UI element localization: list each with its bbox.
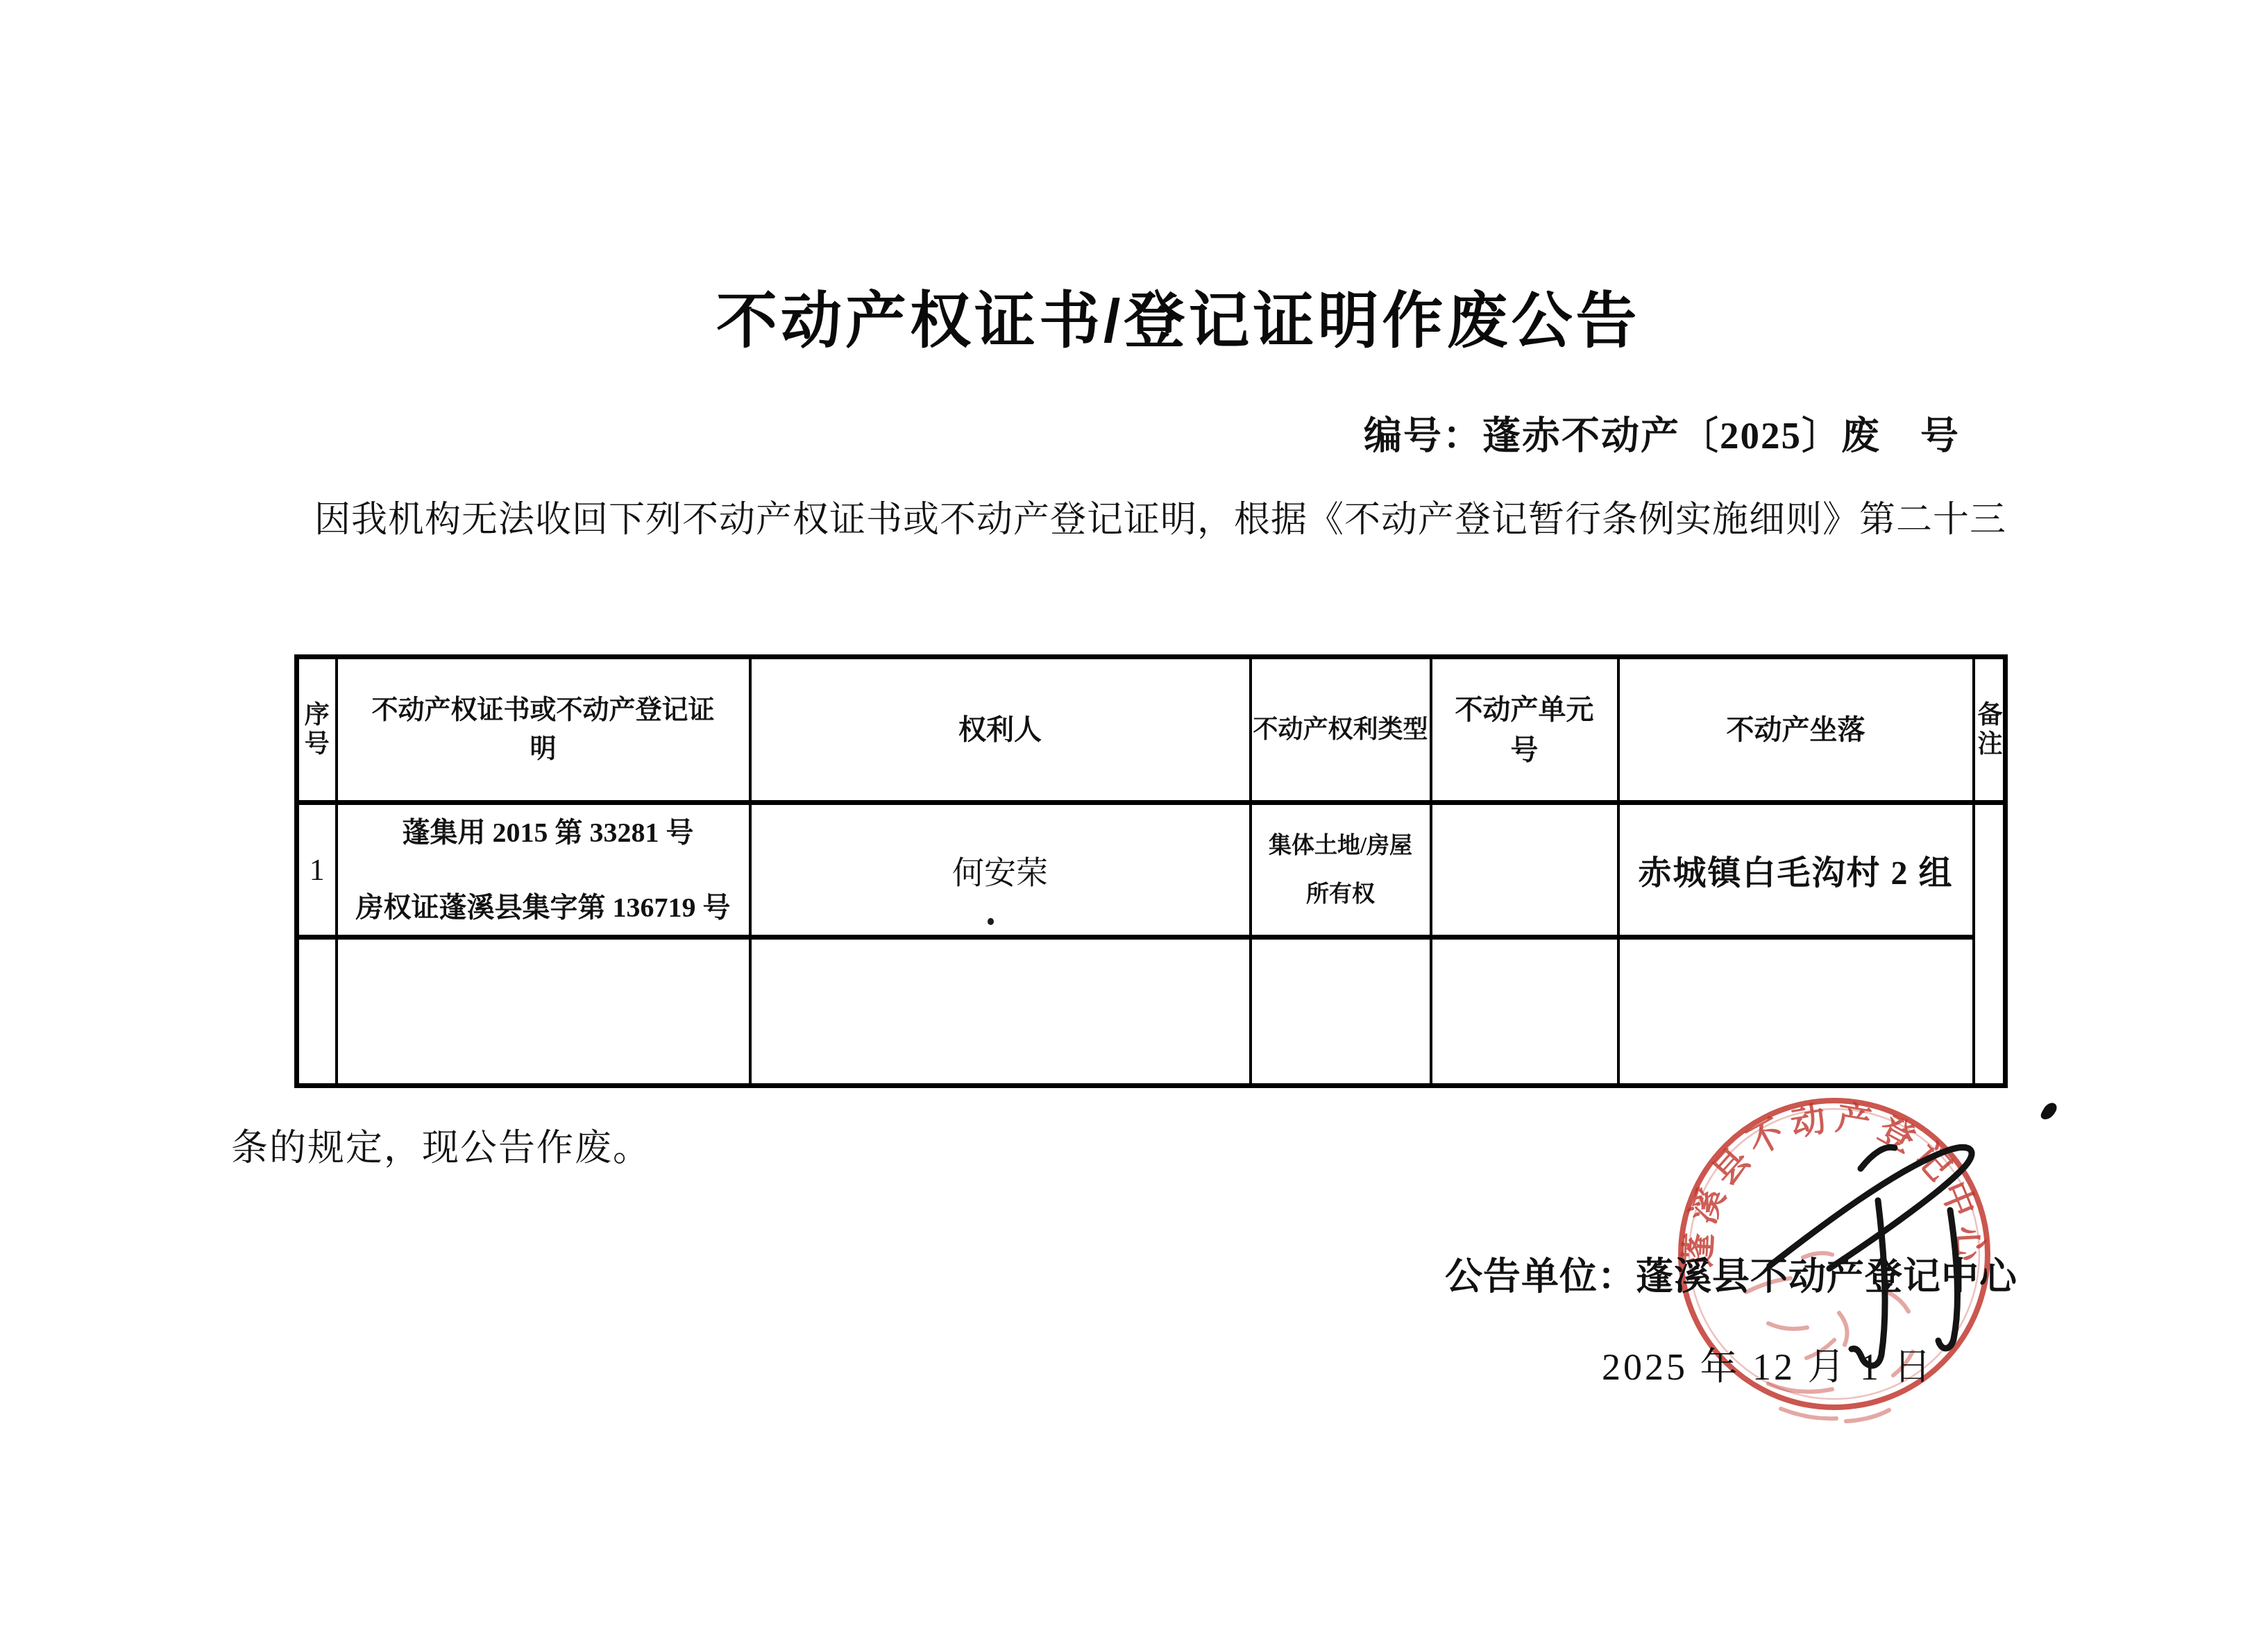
page-title: 不动产权证书/登记证明作废公告 (716, 272, 1640, 359)
right-type-line-2: 所有权 (1252, 870, 1430, 919)
cell-seq-empty (297, 938, 337, 1086)
cell-remark (1974, 803, 2006, 1086)
intro-paragraph: 因我机构无法收回下列不动产权证书或不动产登记证明，根据《不动产登记暂行条例实施细… (314, 490, 2006, 542)
stray-ink-mark (2040, 1101, 2059, 1123)
cell-holder-empty (750, 938, 1251, 1086)
seal-ring-text: 蓬溪县不动产登记中心 (1679, 1098, 1990, 1269)
document-page: 不动产权证书/登记证明作废公告 编号：蓬赤不动产〔2025〕废 号 因我机构无法… (0, 0, 2268, 1637)
table-header-row: 序号 不动产权证书或不动产登记证明 权利人 不动产权利类型 不动产单元号 不动产… (297, 657, 2006, 803)
table-row: 1 蓬集用 2015 第 33281 号 房权证蓬溪县集字第 136719 号 … (297, 803, 2006, 938)
header-certificate: 不动产权证书或不动产登记证明 (337, 657, 750, 803)
certificate-line-1: 蓬集用 2015 第 33281 号 (348, 815, 749, 851)
invalidated-certificates-table: 序号 不动产权证书或不动产登记证明 权利人 不动产权利类型 不动产单元号 不动产… (294, 654, 2008, 1088)
closing-line: 条的规定，现公告作废。 (231, 1119, 651, 1171)
cell-unit-no-empty (1431, 938, 1618, 1086)
cell-location: 赤城镇白毛沟村 2 组 (1618, 803, 1974, 938)
header-holder: 权利人 (750, 657, 1251, 803)
cell-location-empty (1618, 938, 1974, 1086)
cell-right-type: 集体土地/房屋 所有权 (1251, 803, 1431, 938)
stray-ink-dot (988, 918, 994, 925)
header-remark: 备注 (1974, 657, 2006, 803)
cell-unit-no (1431, 803, 1618, 938)
doc-number-line: 编号：蓬赤不动产〔2025〕废 号 (1364, 405, 1960, 459)
date-line: 2025 年 12 月 1 日 (1602, 1337, 1934, 1391)
cell-certificate: 蓬集用 2015 第 33281 号 房权证蓬溪县集字第 136719 号 (337, 803, 750, 938)
table-row-empty (297, 938, 2006, 1086)
cell-holder: 何安荣 (750, 803, 1251, 938)
header-unit-no: 不动产单元号 (1431, 657, 1618, 803)
header-seq: 序号 (297, 657, 337, 803)
header-right-type: 不动产权利类型 (1251, 657, 1431, 803)
cell-certificate-empty (337, 938, 750, 1086)
signature-stroke-curl (1861, 1147, 1895, 1169)
certificate-line-2: 房权证蓬溪县集字第 136719 号 (338, 890, 749, 926)
right-type-line-1: 集体土地/房屋 (1252, 822, 1430, 870)
cell-right-type-empty (1251, 938, 1431, 1086)
header-location: 不动产坐落 (1618, 657, 1974, 803)
seal-ring-text-holder: 蓬溪县不动产登记中心 (1679, 1098, 1990, 1269)
cell-seq: 1 (297, 803, 337, 938)
issuer-line: 公告单位：蓬溪县不动产登记中心 (1445, 1247, 2017, 1300)
